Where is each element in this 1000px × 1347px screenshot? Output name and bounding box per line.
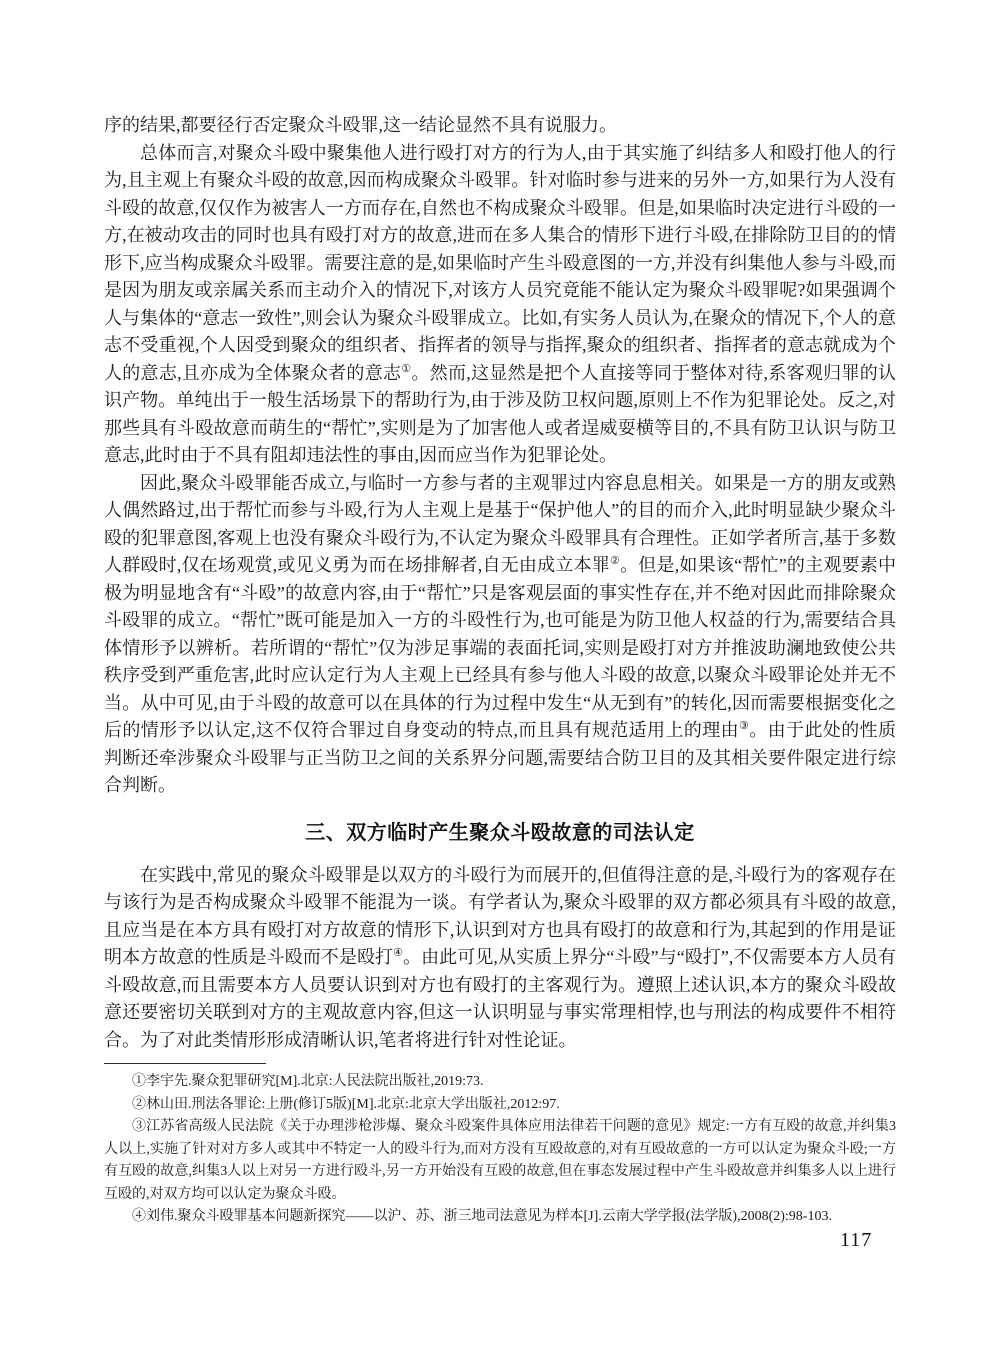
footnotes-section: ①李宇先.聚众犯罪研究[M].北京:人民法院出版社,2019:73.②林山田.刑… — [104, 1071, 896, 1229]
body-paragraph: 总体而言,对聚众斗殴中聚集他人进行殴打对方的行为人,由于其实施了纠结多人和殴打他… — [104, 140, 896, 470]
document-page: 序的结果,都要径行否定聚众斗殴罪,这一结论显然不具有说服力。总体而言,对聚众斗殴… — [0, 0, 1000, 1347]
article-content: 序的结果,都要径行否定聚众斗殴罪,这一结论显然不具有说服力。总体而言,对聚众斗殴… — [104, 112, 896, 1229]
footnote-item: ④刘伟.聚众斗殴罪基本问题新探究——以沪、苏、浙三地司法意见为样本[J].云南大… — [104, 1206, 896, 1229]
footnote-item: ③江苏省高级人民法院《关于办理涉枪涉爆、聚众斗殴案件具体应用法律若干问题的意见》… — [104, 1116, 896, 1206]
footnote-ref: ③ — [739, 720, 749, 732]
footnote-item: ①李宇先.聚众犯罪研究[M].北京:人民法院出版社,2019:73. — [104, 1071, 896, 1094]
article-part1: 序的结果,都要径行否定聚众斗殴罪,这一结论显然不具有说服力。总体而言,对聚众斗殴… — [104, 112, 896, 800]
footnote-item: ②林山田.刑法各罪论:上册(修订5版)[M].北京:北京大学出版社,2012:9… — [104, 1094, 896, 1117]
body-paragraph: 在实践中,常见的聚众斗殴罪是以双方的斗殴行为而展开的,但值得注意的是,斗殴行为的… — [104, 862, 896, 1055]
footnote-divider — [104, 1063, 266, 1064]
body-paragraph: 序的结果,都要径行否定聚众斗殴罪,这一结论显然不具有说服力。 — [104, 112, 896, 140]
section-heading: 三、双方临时产生聚众斗殴故意的司法认定 — [104, 819, 896, 847]
footnote-ref: ④ — [393, 947, 403, 959]
body-paragraph: 因此,聚众斗殴罪能否成立,与临时一方参与者的主观罪过内容息息相关。如果是一方的朋… — [104, 470, 896, 800]
page-number: 117 — [840, 1229, 872, 1252]
footnote-ref: ① — [401, 363, 411, 375]
article-part2: 在实践中,常见的聚众斗殴罪是以双方的斗殴行为而展开的,但值得注意的是,斗殴行为的… — [104, 862, 896, 1055]
footnote-ref: ② — [610, 555, 620, 567]
